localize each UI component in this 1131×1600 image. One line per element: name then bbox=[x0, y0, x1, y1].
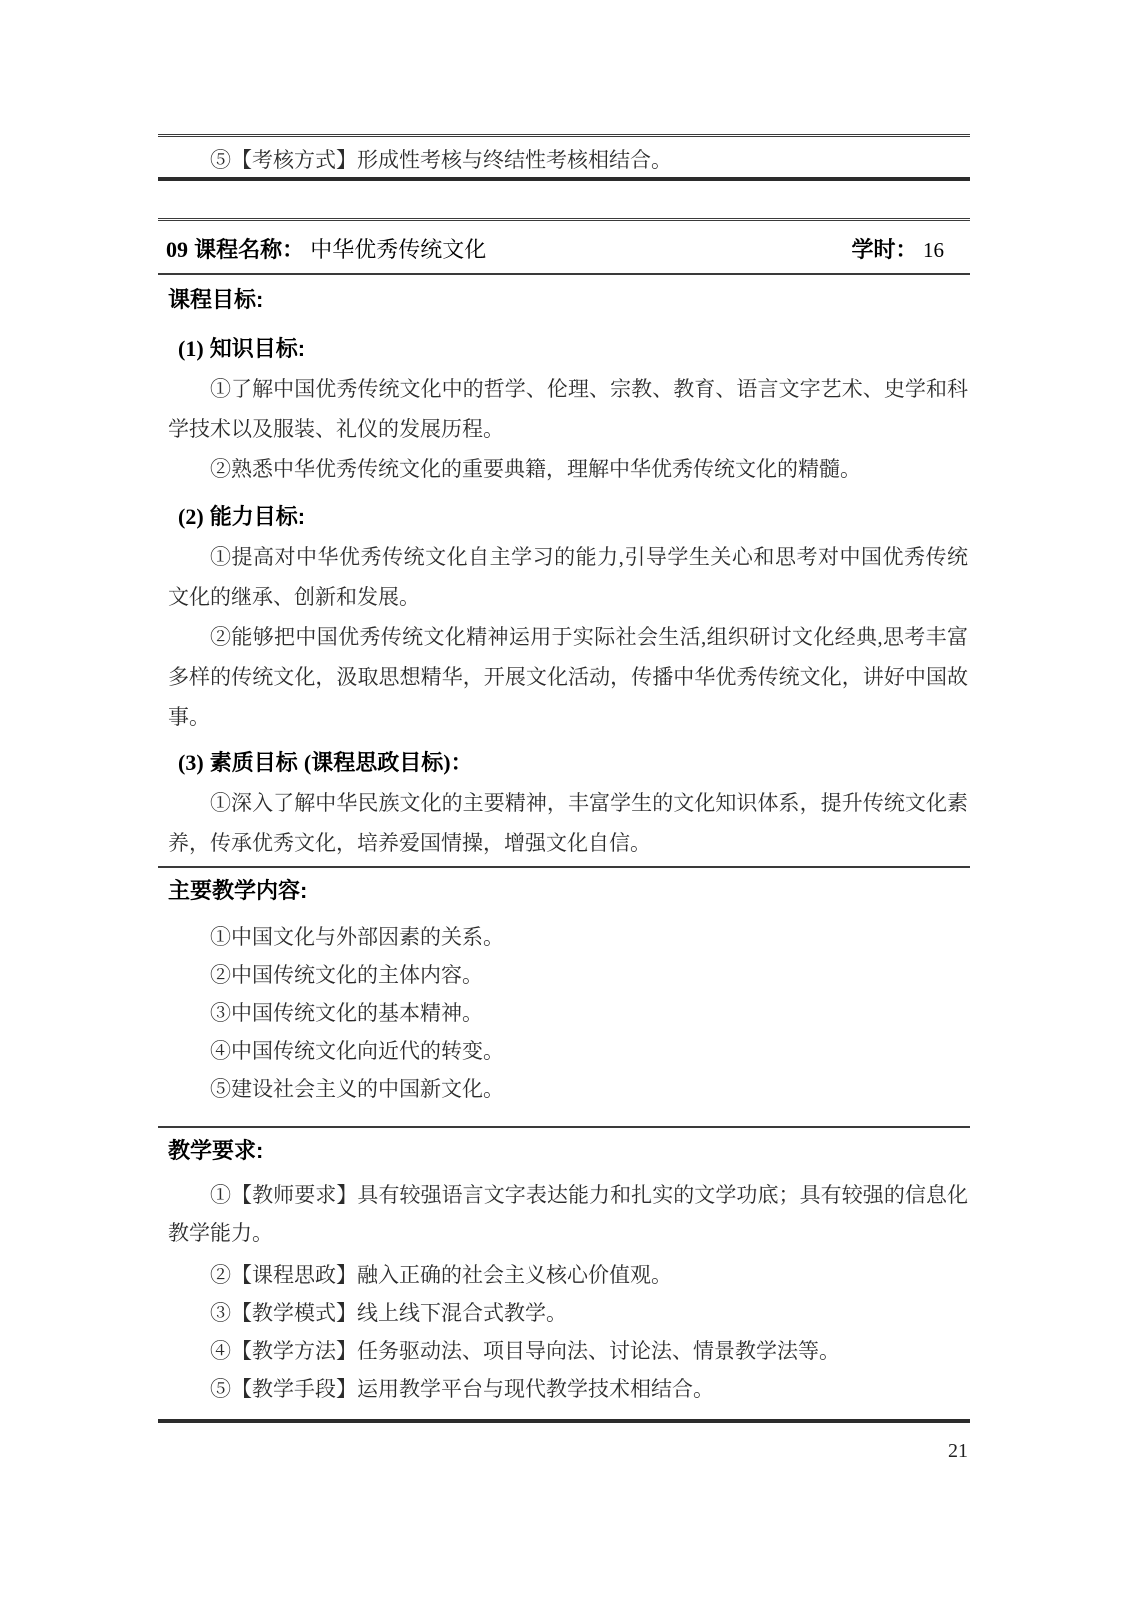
content-sheet: ⑤【考核方式】形成性考核与终结性考核相结合。 09 课程名称： 中华优秀传统文化… bbox=[158, 0, 970, 1600]
objectives-title: 课程目标: bbox=[158, 285, 970, 315]
course-table-top-border bbox=[158, 218, 970, 221]
heading-label: 知识目标: bbox=[210, 336, 305, 361]
section-teaching-content: 主要教学内容: ①中国文化与外部因素的关系。 ②中国传统文化的主体内容。 ③中国… bbox=[158, 868, 970, 1126]
course-name: 中华优秀传统文化 bbox=[310, 237, 486, 262]
course-hours-group: 学时： 16 bbox=[851, 233, 944, 264]
requirement-item: ③【教学模式】线上线下混合式教学。 bbox=[158, 1294, 970, 1332]
objective-item: ①深入了解中华民族文化的主要精神，丰富学生的文化知识体系，提升传统文化素养，传承… bbox=[158, 783, 970, 863]
content-item: ⑤建设社会主义的中国新文化。 bbox=[158, 1070, 970, 1108]
course-number: 09 bbox=[166, 237, 188, 262]
heading-number: (2) bbox=[178, 504, 204, 529]
heading-suffix: (课程思政目标)： bbox=[304, 750, 473, 775]
objective-item: ②熟悉中华优秀传统文化的重要典籍，理解中华优秀传统文化的精髓。 bbox=[158, 449, 970, 489]
course-header-row: 09 课程名称： 中华优秀传统文化 学时： 16 bbox=[158, 223, 970, 273]
teaching-requirements-title: 教学要求: bbox=[158, 1136, 970, 1166]
objective-item: ①了解中国优秀传统文化中的哲学、伦理、宗教、教育、语言文字艺术、史学和科学技术以… bbox=[158, 369, 970, 449]
section-course-objectives: 课程目标: (1) 知识目标: ①了解中国优秀传统文化中的哲学、伦理、宗教、教育… bbox=[158, 275, 970, 866]
table-border-bottom bbox=[158, 177, 970, 181]
teaching-content-title: 主要教学内容: bbox=[158, 876, 970, 906]
content-item: ③中国传统文化的基本精神。 bbox=[158, 994, 970, 1032]
requirement-item: ⑤【教学手段】运用教学平台与现代教学技术相结合。 bbox=[158, 1370, 970, 1408]
objective-item: ②能够把中国优秀传统文化精神运用于实际社会生活,组织研讨文化经典,思考丰富多样的… bbox=[158, 617, 970, 737]
content-item: ②中国传统文化的主体内容。 bbox=[158, 956, 970, 994]
hours-label: 学时： bbox=[851, 237, 917, 262]
section-teaching-requirements: 教学要求: ①【教师要求】具有较强语言文字表达能力和扎实的文学功底；具有较强的信… bbox=[158, 1128, 970, 1419]
requirement-item: ④【教学方法】任务驱动法、项目导向法、讨论法、情景教学法等。 bbox=[158, 1332, 970, 1370]
objective-item: ①提高对中华优秀传统文化自主学习的能力,引导学生关心和思考对中国优秀传统文化的继… bbox=[158, 537, 970, 617]
course-name-label: 课程名称： bbox=[194, 237, 304, 262]
quality-objectives-heading: (3) 素质目标 (课程思政目标)： bbox=[158, 749, 970, 777]
content-item: ①中国文化与外部因素的关系。 bbox=[158, 918, 970, 956]
course-table-bottom-border bbox=[158, 1419, 970, 1423]
requirement-item: ②【课程思政】融入正确的社会主义核心价值观。 bbox=[158, 1256, 970, 1294]
heading-label: 能力目标: bbox=[210, 504, 305, 529]
table-border-top bbox=[158, 134, 970, 137]
heading-label: 素质目标 bbox=[210, 750, 298, 775]
hours-value: 16 bbox=[923, 238, 944, 262]
heading-number: (3) bbox=[178, 750, 204, 775]
course-title-group: 09 课程名称： 中华优秀传统文化 bbox=[166, 233, 486, 264]
requirement-item: ①【教师要求】具有较强语言文字表达能力和扎实的文学功底；具有较强的信息化教学能力… bbox=[158, 1176, 970, 1252]
page-number: 21 bbox=[948, 1440, 968, 1463]
knowledge-objectives-heading: (1) 知识目标: bbox=[158, 335, 970, 363]
content-item: ④中国传统文化向近代的转变。 bbox=[158, 1032, 970, 1070]
heading-number: (1) bbox=[178, 336, 204, 361]
assessment-method-row: ⑤【考核方式】形成性考核与终结性考核相结合。 bbox=[158, 141, 970, 179]
document-page: ⑤【考核方式】形成性考核与终结性考核相结合。 09 课程名称： 中华优秀传统文化… bbox=[0, 0, 1131, 1600]
ability-objectives-heading: (2) 能力目标: bbox=[158, 503, 970, 531]
